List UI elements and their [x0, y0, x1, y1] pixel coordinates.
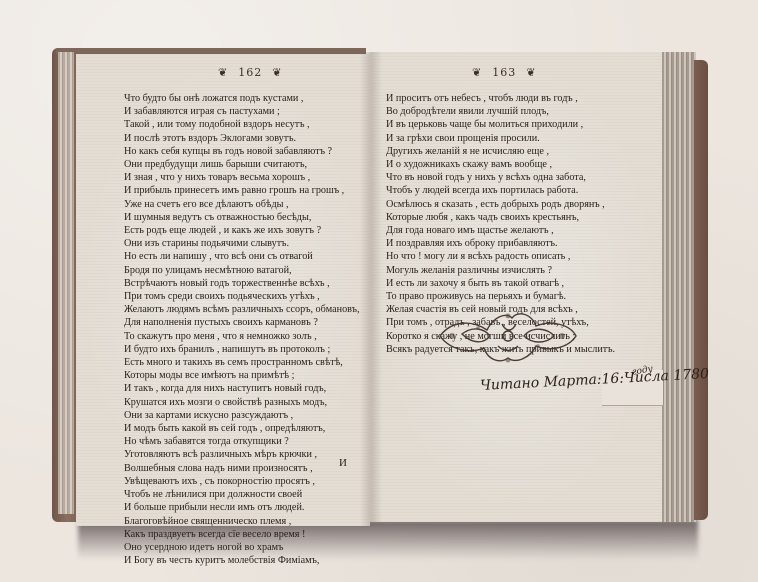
ornamental-vignette-icon	[432, 306, 582, 368]
verse-line: Волшебныя слова надъ ними произносятъ ,	[124, 462, 360, 475]
verse-line: Какъ праздвуетъ всегда сїе весело время …	[124, 528, 360, 541]
verse-line: Осмѣлюсь я сказать , есть добрыхъ родъ д…	[386, 198, 615, 211]
right-cover	[694, 60, 708, 520]
left-page-verse: Что будто бы онѣ ложатся подъ кустами , …	[124, 92, 360, 567]
verse-line: Чтобъ не лѣнилися при должности своей	[124, 488, 360, 501]
verse-line: Но есть ли напишу , что всѣ они съ отваг…	[124, 250, 360, 263]
verse-line: И шумныя ведутъ съ отважностью бесѣды,	[124, 211, 360, 224]
verse-line: Они за картами искусно разсуждаютъ ,	[124, 409, 360, 422]
verse-line: Увѣщеваютъ ихъ , съ покорностію просятъ …	[124, 475, 360, 488]
verse-line: И забавляются играя съ пастухами ;	[124, 105, 360, 118]
verse-line: И зная , что у нихъ товаръ весьма хорошъ…	[124, 171, 360, 184]
verse-line: Для года новаго имъ щастье желаютъ ,	[386, 224, 615, 237]
verse-line: И послѣ этотъ вздоръ Эклогами зовутъ.	[124, 132, 360, 145]
left-page-edges	[58, 52, 74, 514]
right-page-number: 163	[492, 66, 516, 79]
verse-line: И поздравляя ихъ оброку прибавляютъ.	[386, 237, 615, 250]
verse-line: Но какъ себя купцы въ годъ новой забавля…	[124, 145, 360, 158]
verse-line: Они предбудущи лишь барыши считаютъ,	[124, 158, 360, 171]
verse-line: То скажутъ про меня , что я немножко зол…	[124, 330, 360, 343]
verse-line: Могуль желанія различны изчислять ?	[386, 264, 615, 277]
right-page-edges	[662, 52, 696, 522]
verse-line: И больше прибыли несли имъ отъ людей.	[124, 501, 360, 514]
verse-line: Они изъ старины подьячими слывутъ.	[124, 237, 360, 250]
verse-line: И въ церьковь чаще бы молиться приходили…	[386, 118, 615, 131]
verse-line: Встрѣчаютъ новый годъ торжественнѣе всѣх…	[124, 277, 360, 290]
verse-line: И прибыль принесетъ имъ равно грошъ на г…	[124, 184, 360, 197]
verse-line: И Богу въ честь куритъ молебствія Фиміам…	[124, 554, 360, 567]
verse-line: Такой , или тому подобной вздоръ несутъ …	[124, 118, 360, 131]
verse-line: И такъ , когда для нихъ наступитъ новый …	[124, 382, 360, 395]
verse-line: Оно усердною идетъ ногой во храмъ	[124, 541, 360, 554]
verse-line: При томъ среди своихъ подьяческихъ утѣхъ…	[124, 290, 360, 303]
verse-line: Есть родъ еще людей , и какъ же ихъ зову…	[124, 224, 360, 237]
fleuron-icon: ❦	[526, 66, 536, 79]
verse-line: И проситъ отъ небесъ , чтобъ люди въ год…	[386, 92, 615, 105]
verse-line: Которые любя , какъ чадъ своихъ крестьян…	[386, 211, 615, 224]
verse-line: Крушатся ихъ мозги о свойствѣ разныхъ мо…	[124, 396, 360, 409]
catchword: И	[339, 457, 347, 469]
fleuron-icon: ❦	[218, 66, 228, 79]
fleuron-icon: ❦	[272, 66, 282, 79]
verse-line: Что будто бы онѣ ложатся подъ кустами ,	[124, 92, 360, 105]
verse-line: Что въ новой годъ у нихъ у всѣхъ одна за…	[386, 171, 615, 184]
right-page-header: ❦163❦	[462, 66, 546, 79]
verse-line: Но что ! могу ли я всѣхъ радость описать…	[386, 250, 615, 263]
verse-line: Есть много и такихъ въ семъ пространномъ…	[124, 356, 360, 369]
verse-line: Чтобъ у людей всегда ихъ портилась работ…	[386, 184, 615, 197]
verse-line: И о художникахъ скажу вамъ вообще ,	[386, 158, 615, 171]
verse-line: Во добродѣтели явили лучшій плодъ,	[386, 105, 615, 118]
verse-line: Которы моды все имѣютъ на примѣтѣ ;	[124, 369, 360, 382]
verse-line: И будто ихъ бранилъ , напишутъ въ проток…	[124, 343, 360, 356]
verse-line: То право проживусь на перьяхъ и бумагѣ.	[386, 290, 615, 303]
left-page-number: 162	[238, 66, 262, 79]
verse-line: И есть ли захочу я быть въ такой отвагѣ …	[386, 277, 615, 290]
verse-line: Но чѣмъ забавятся тогда откупщики ?	[124, 435, 360, 448]
verse-line: Уже на счетъ его все дѣлаютъ обѣды ,	[124, 198, 360, 211]
left-page-header: ❦162❦	[208, 66, 292, 79]
verse-line: Уготовляютъ всѣ различныхъ мѣръ крючки ,	[124, 448, 360, 461]
verse-line: Для наполненія пустыхъ своихъ кармановъ …	[124, 316, 360, 329]
fleuron-icon: ❦	[472, 66, 482, 79]
verse-line: Другихъ желаній я не исчисляю еще ,	[386, 145, 615, 158]
verse-line: И за грѣхи свои прощенія просили.	[386, 132, 615, 145]
verse-line: Желаютъ людямъ всѣмъ различныхъ ссоръ, о…	[124, 303, 360, 316]
verse-line: Бродя по улицамъ несмѣтною ватагой,	[124, 264, 360, 277]
verse-line: И модъ быть какой въ сей годъ , опредѣля…	[124, 422, 360, 435]
book-gutter	[360, 52, 382, 526]
verse-line: Благоговѣйное священническо племя ,	[124, 515, 360, 528]
